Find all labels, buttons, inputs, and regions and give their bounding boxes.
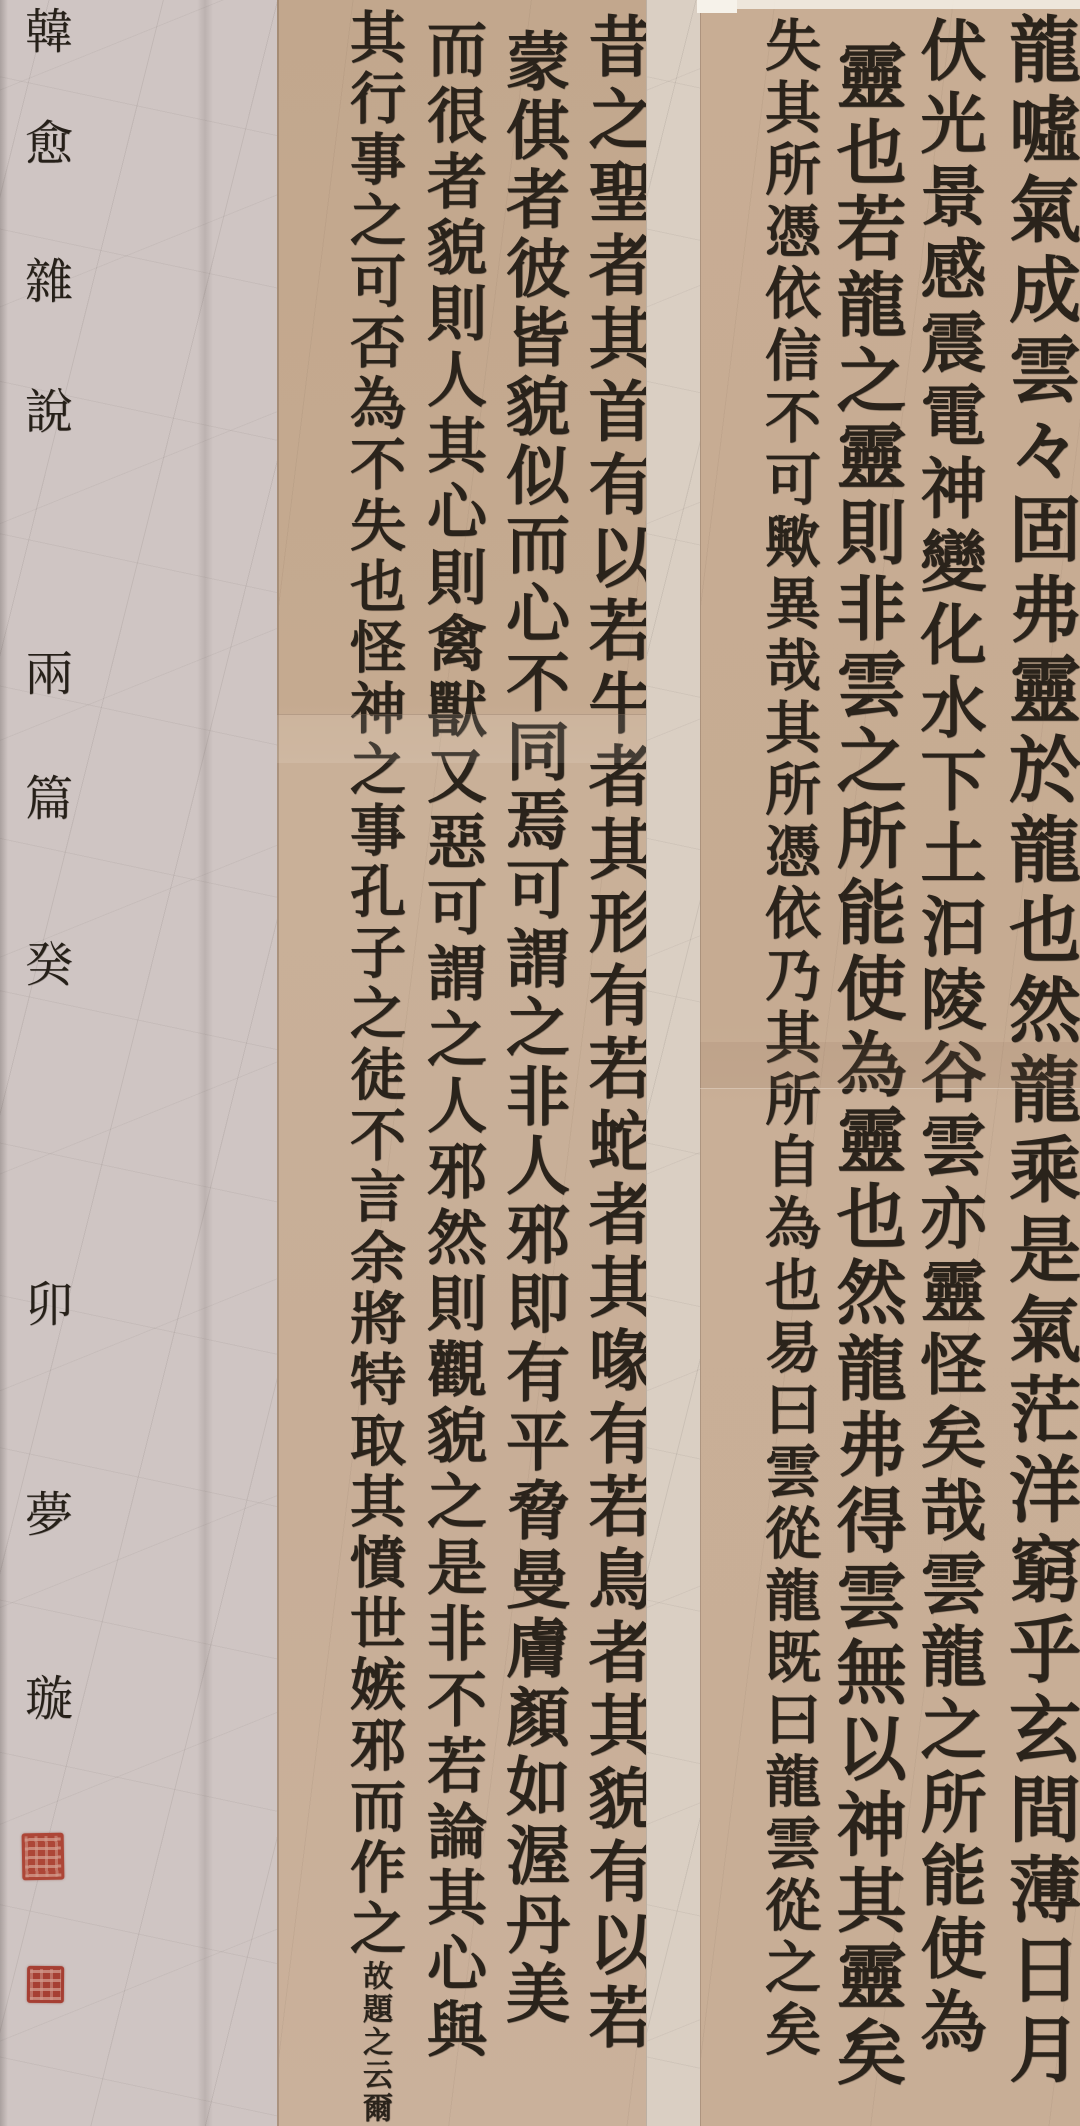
panel-divider-strip xyxy=(646,0,702,2126)
right-calligraphy-panel: 龍噓氣成雲々固弗靈於龍也然龍乘是氣茫洋窮乎玄間薄日月 伏光景感震電神變化水下土汩… xyxy=(700,0,1080,2126)
column-main-text: 其行事之可否為不失也怪神之事孔子之徒不言余將特取其憤世嫉邪而作之 xyxy=(341,8,407,1960)
title-character: 篇 xyxy=(20,775,78,823)
title-character: 兩 xyxy=(20,650,78,698)
upper-red-seal-icon xyxy=(22,1833,65,1881)
calligraphy-column: 而很者貌則人其心則禽獸又惡可謂之人邪然則觀貌之是非不若論其心與 xyxy=(410,18,482,2064)
title-character: 璇 xyxy=(20,1675,78,1723)
calligraphy-column: 靈也若龍之靈則非雲之所能使為靈也然龍弗得雲無以神其靈矣 xyxy=(817,40,901,2092)
calligraphy-column: 昔之聖者其首有以若牛者其形有若蛇者其喙有若鳥者其貌有以若 xyxy=(569,12,649,2056)
calligraphy-column: 其行事之可否為不失也怪神之事孔子之徒不言余將特取其憤世嫉邪而作之故題之云爾 xyxy=(334,8,402,2125)
calligraphy-column: 失其所憑依信不可歟異哉其所憑依乃其所自為也易曰雲從龍既曰龍雲從之矣 xyxy=(749,16,817,2062)
colophon-small-text: 故題之云爾 xyxy=(357,1960,392,2125)
left-edge-shading xyxy=(0,0,8,2126)
title-character: 夢 xyxy=(20,1491,78,1539)
title-character: 說 xyxy=(20,388,78,436)
calligraphy-column: 蒙倛者彼皆貌似而心不同焉可謂之非人邪即有平脅曼膚顏如渥丹美 xyxy=(486,28,564,2029)
title-strip-fold-shadow xyxy=(197,0,213,2126)
calligraphy-column: 龍噓氣成雲々固弗靈於龍也然龍乘是氣茫洋窮乎玄間薄日月 xyxy=(989,12,1075,2092)
title-character: 雜 xyxy=(20,258,78,306)
paper-fiber-texture xyxy=(647,0,701,2126)
calligraphy-artwork: 韓 愈 雜 說 兩 篇 癸 卯 夢 璇 昔之聖者其首有以若牛者其形有若蛇者其喙有… xyxy=(0,0,1080,2126)
right-panel-top-corner-highlight xyxy=(697,0,737,13)
title-character: 韓 xyxy=(20,8,78,56)
right-panel-top-edge-highlight xyxy=(697,0,1080,9)
title-character: 愈 xyxy=(20,120,78,168)
calligraphy-column: 伏光景感震電神變化水下土汩陵谷雲亦靈怪矣哉雲龍之所能使為 xyxy=(901,16,981,2060)
title-character: 癸 xyxy=(20,941,78,989)
title-character: 卯 xyxy=(20,1281,78,1329)
middle-calligraphy-panel: 昔之聖者其首有以若牛者其形有若蛇者其喙有若鳥者其貌有以若 蒙倛者彼皆貌似而心不同… xyxy=(277,0,649,2126)
lower-red-seal-icon xyxy=(27,1966,64,2003)
